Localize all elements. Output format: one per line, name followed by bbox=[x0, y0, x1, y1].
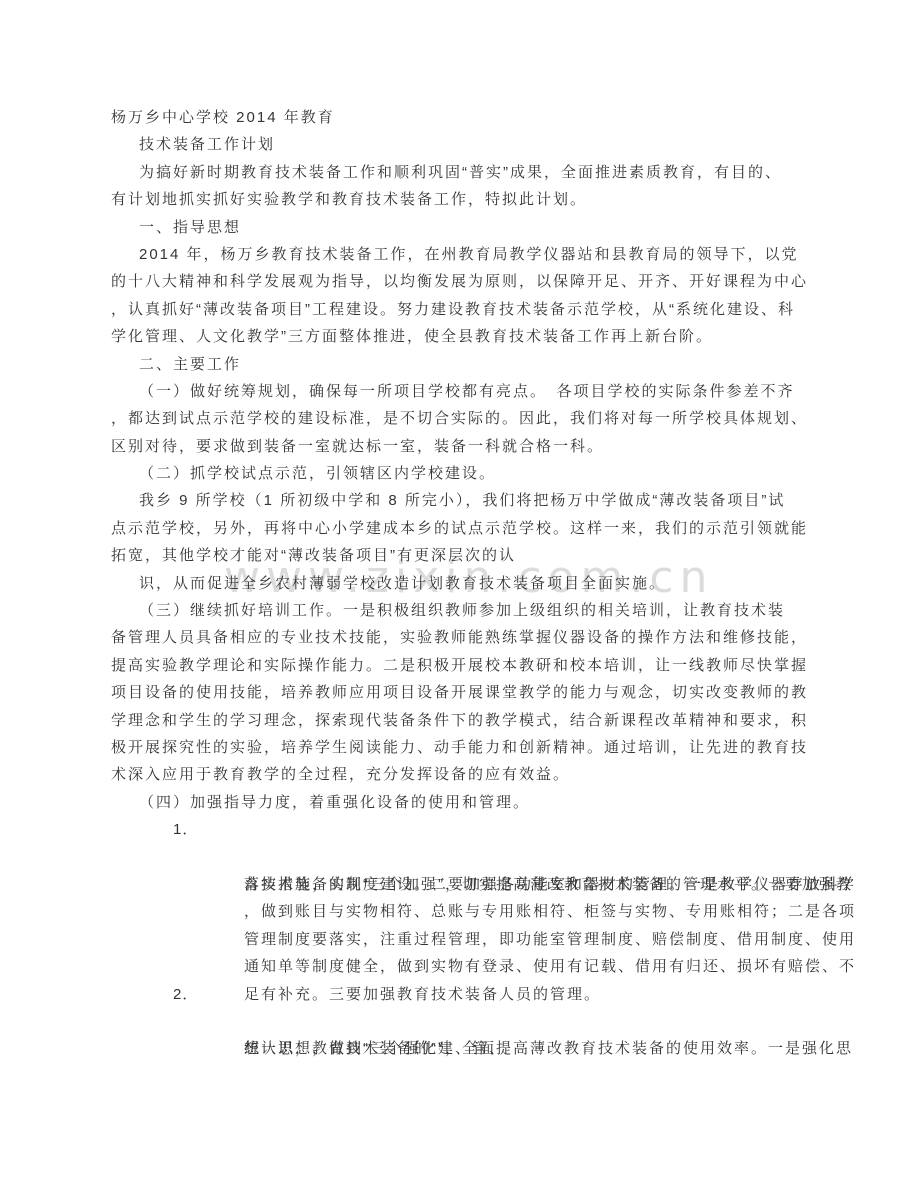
list-item-line: 1． 落实措施，实现“三个加强”，切实提高薄改教育技术装备的管理水平。一要加强教 bbox=[111, 816, 823, 843]
section-heading-2: 二、主要工作 bbox=[111, 351, 823, 378]
list-item-line: 2． 统一思想，做到“三个强化”，全面提高薄改教育技术装备的使用效率。一是强化思 bbox=[111, 981, 823, 1008]
paragraph-line: 2014 年，杨万乡教育技术装备工作，在州教育局教学仪器站和县教育局的领导下，以… bbox=[111, 241, 823, 268]
list-number-2: 2． bbox=[173, 981, 198, 1008]
list-item-line: 想认识，教育技术装备的“建、管、 bbox=[111, 1008, 823, 1035]
subsection-heading: （二）抓学校试点示范，引领辖区内学校建设。 bbox=[111, 460, 823, 487]
list-item-line: 足有补充。三要加强教育技术装备人员的管理。 bbox=[111, 953, 823, 980]
paragraph-line: 区别对待，要求做到装备一室就达标一室，装备一科就合格一科。 bbox=[111, 433, 823, 460]
paragraph-line: 点示范学校，另外，再将中心小学建成本乡的试点示范学校。这样一来，我们的示范引领就… bbox=[111, 515, 823, 542]
paragraph-line: ，认真抓好“薄改装备项目”工程建设。努力建设教育技术装备示范学校，从“系统化建设… bbox=[111, 296, 823, 323]
paragraph-line: 项目设备的使用技能，培养教师应用项目设备开展课堂教学的能力与观念，切实改变教师的… bbox=[111, 679, 823, 706]
paragraph-line: 识，从而促进全乡农村薄弱学校改造计划教育技术装备项目全面实施。 bbox=[111, 570, 823, 597]
document-page: www.zixin.com.cn 杨万乡中心学校 2014 年教育 技术装备工作… bbox=[0, 0, 920, 1191]
doc-title-line-2: 技术装备工作计划 bbox=[111, 131, 823, 158]
list-item-line: 管理制度要落实，注重过程管理，即功能室管理制度、赔偿制度、借用制度、使用 bbox=[111, 898, 823, 925]
doc-title-line-1: 杨万乡中心学校 2014 年教育 bbox=[111, 104, 823, 131]
list-item-text: 想认识，教育技术装备的“建、管、 bbox=[244, 1040, 506, 1057]
paragraph-line: 备管理人员具备相应的专业技术技能，实验教师能熟练掌握仪器设备的操作方法和维修技能… bbox=[111, 624, 823, 651]
section-heading-1: 一、指导思想 bbox=[111, 214, 823, 241]
document-body: 杨万乡中心学校 2014 年教育 技术装备工作计划 为搞好新时期教育技术装备工作… bbox=[111, 104, 823, 1035]
list-item-line: ，做到账目与实物相符、总账与专用账相符、柜签与实物、专用账相符；二是各项 bbox=[111, 871, 823, 898]
list-item-line: 通知单等制度健全，做到实物有登录、使用有记载、借用有归还、损坏有赔偿、不 bbox=[111, 926, 823, 953]
paragraph-line: 学理念和学生的学习理念，探索现代装备条件下的教学模式，结合新课程改革精神和要求，… bbox=[111, 707, 823, 734]
paragraph-line: 拓宽，其他学校才能对“薄改装备项目”有更深层次的认 bbox=[111, 542, 823, 569]
paragraph-line: 术深入应用于教育教学的全过程，充分发挥设备的应有效益。 bbox=[111, 761, 823, 788]
paragraph-line: 学化管理、人文化教学”三方面整体推进，使全县教育技术装备工作再上新台阶。 bbox=[111, 323, 823, 350]
paragraph-line: 的十八大精神和科学发展观为指导，以均衡发展为原则，以保障开足、开齐、开好课程为中… bbox=[111, 268, 823, 295]
paragraph-line: 为搞好新时期教育技术装备工作和顺利巩固“普实”成果，全面推进素质教育，有目的、 bbox=[111, 159, 823, 186]
paragraph-line: 提高实验教学理论和实际操作能力。二是积极开展校本教研和校本培训，让一线教师尽快掌… bbox=[111, 652, 823, 679]
paragraph-line: ，都达到试点示范学校的建设标准，是不切合实际的。因此，我们将对每一所学校具体规划… bbox=[111, 405, 823, 432]
paragraph-line: （一）做好统筹规划，确保每一所项目学校都有亮点。 各项目学校的实际条件参差不齐 bbox=[111, 378, 823, 405]
list-number-1: 1． bbox=[173, 816, 198, 843]
subsection-heading: （四）加强指导力度，着重强化设备的使用和管理。 bbox=[111, 789, 823, 816]
list-item-line: 育技术装备的制度建设。二要加强各功能室和器材的管理。一是教学仪器存放科学 bbox=[111, 844, 823, 871]
paragraph-line: 我乡 9 所学校（1 所初级中学和 8 所完小），我们将把杨万中学做成“薄改装备… bbox=[111, 487, 823, 514]
paragraph-line: 有计划地抓实抓好实验教学和教育技术装备工作，特拟此计划。 bbox=[111, 186, 823, 213]
paragraph-line: （三）继续抓好培训工作。一是积极组织教师参加上级组织的相关培训，让教育技术装 bbox=[111, 597, 823, 624]
paragraph-line: 极开展探究性的实验，培养学生阅读能力、动手能力和创新精神。通过培训，让先进的教育… bbox=[111, 734, 823, 761]
